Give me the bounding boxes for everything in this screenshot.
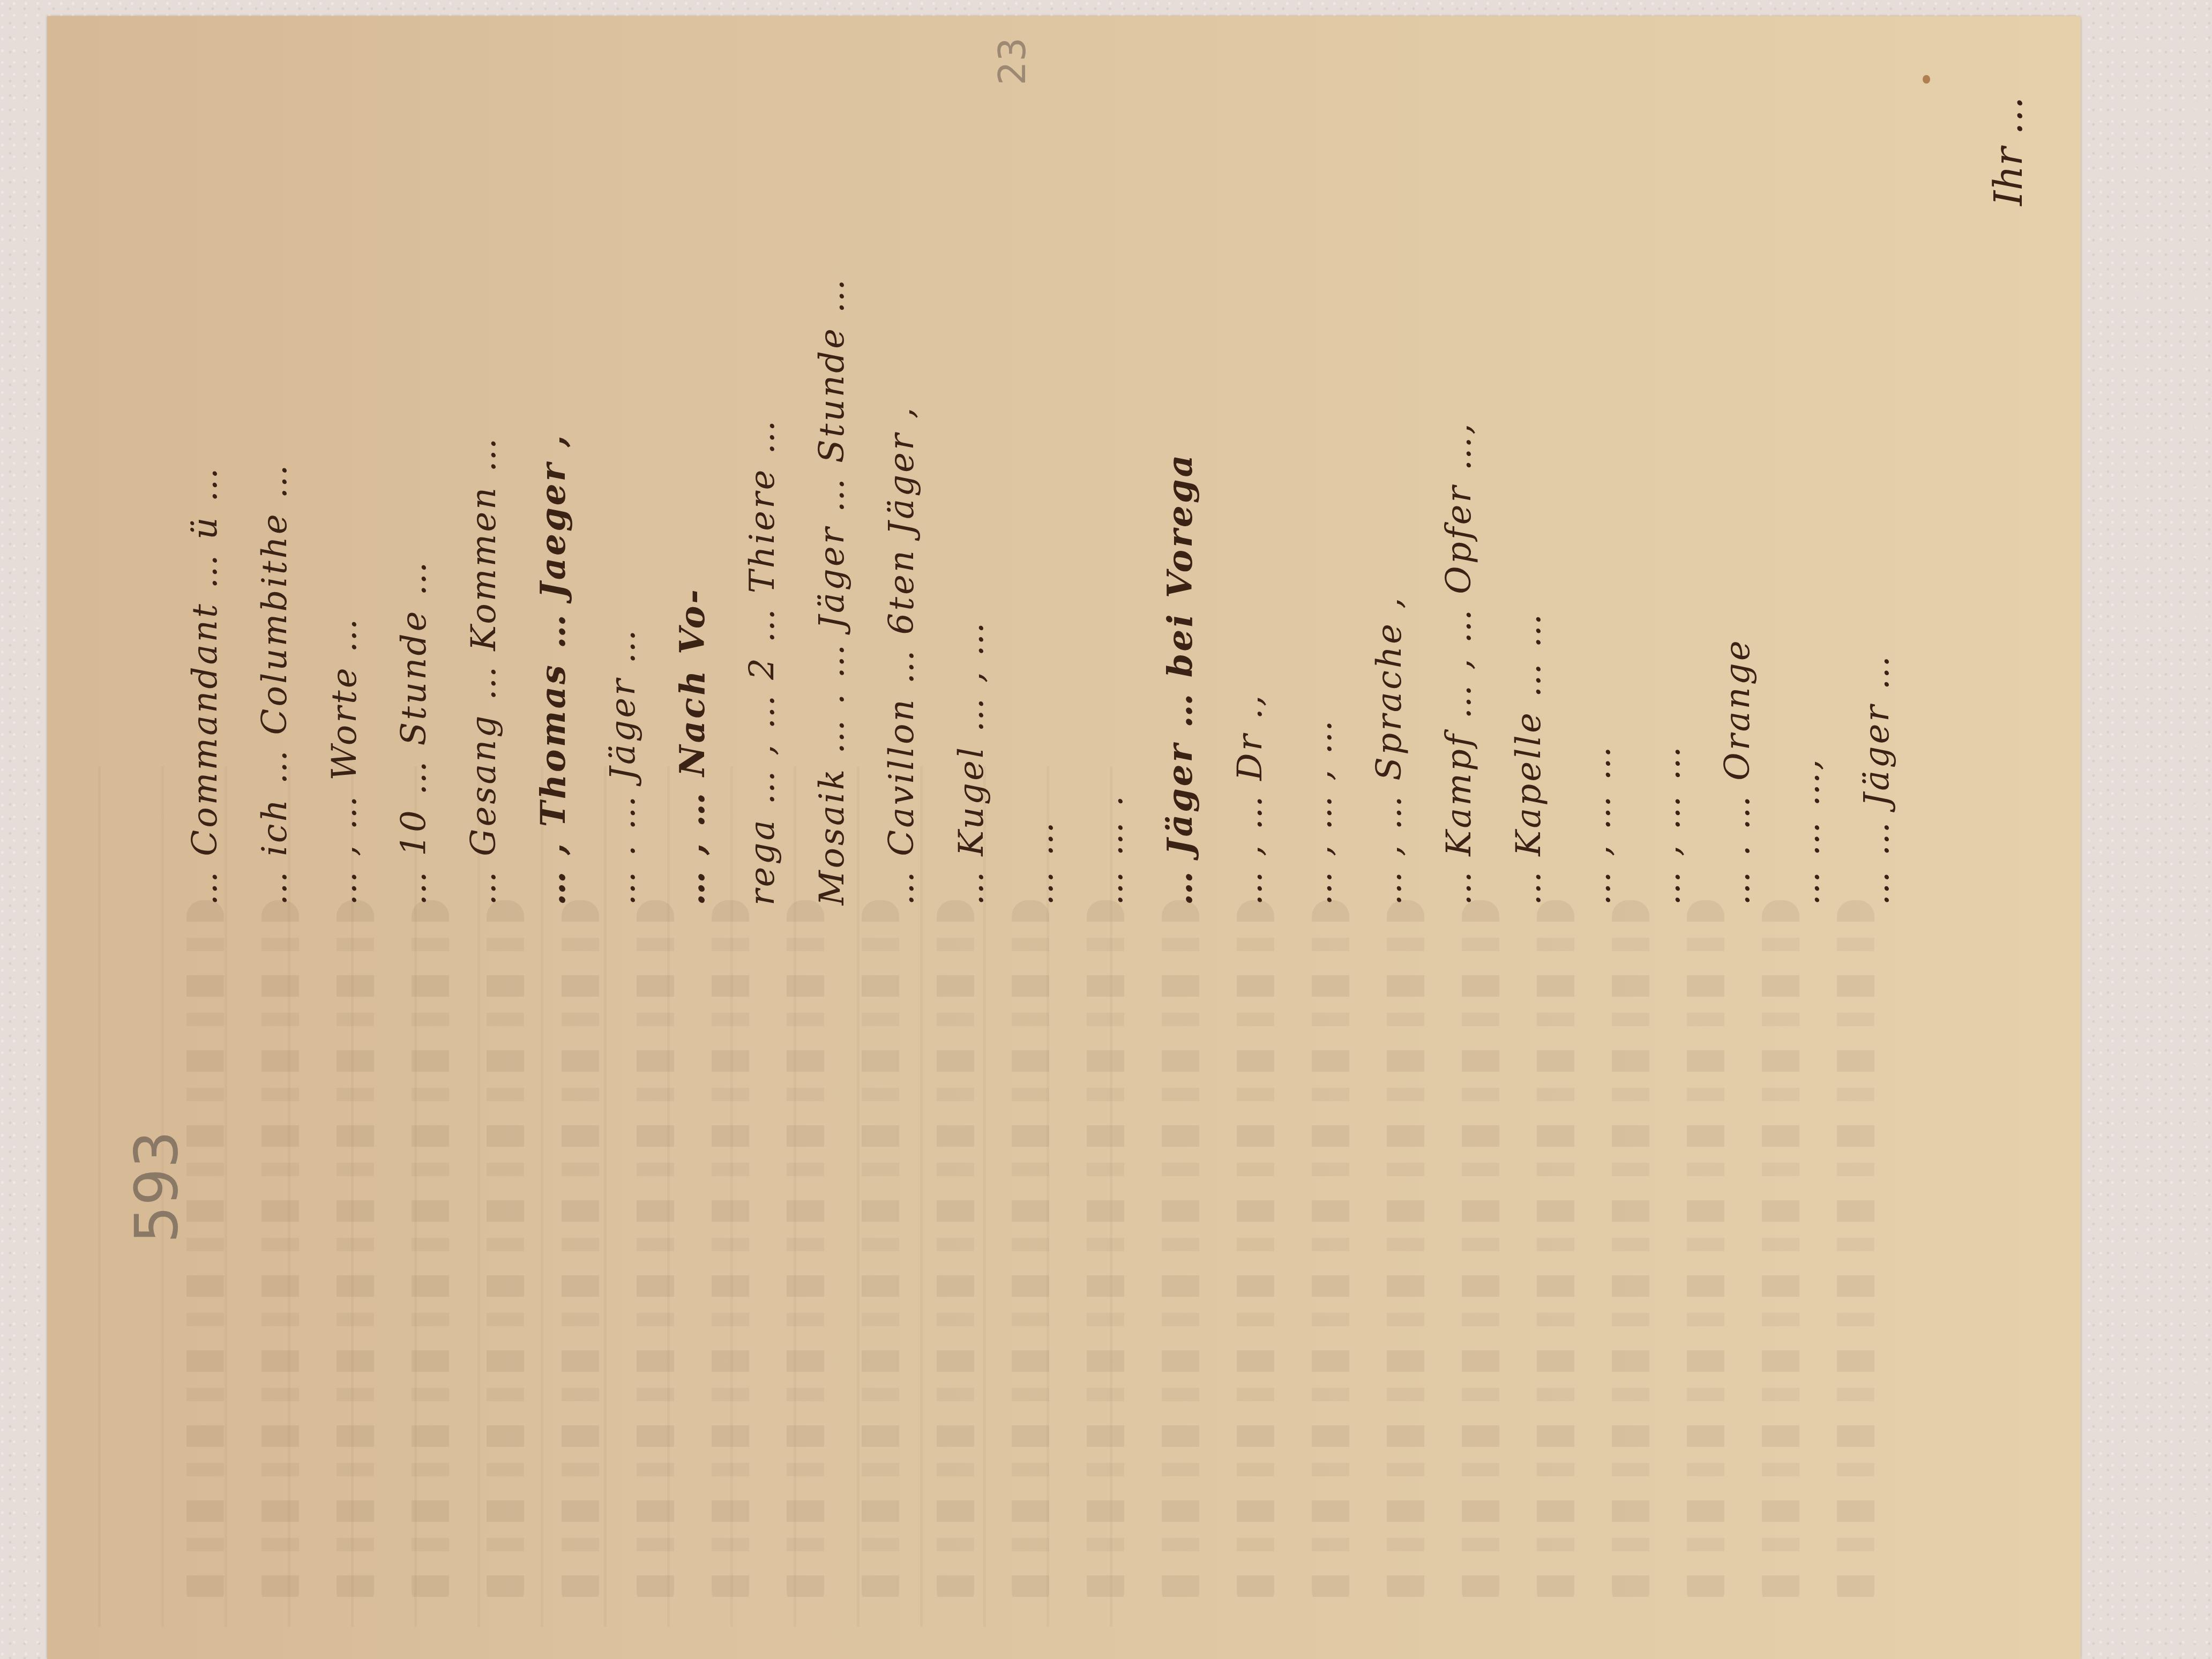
bleed-through-text bbox=[186, 900, 1955, 1608]
text-line: … , … Sprache , bbox=[1360, 48, 1419, 906]
text-line: … Kampf … , … Opfer …, bbox=[1430, 48, 1489, 906]
text-line: … , … Worte … bbox=[315, 48, 374, 906]
text-line: … , … , … bbox=[1290, 48, 1349, 906]
text-line: … , … … bbox=[1569, 48, 1628, 906]
text-line: … Jäger … bei Vorega bbox=[1151, 48, 1210, 906]
text-line: … , … Nach Vo- bbox=[663, 48, 722, 906]
handwritten-text-block: … Commandant … ü … … ich … Columbithe … … bbox=[176, 48, 1966, 906]
text-line: … ich … Columbithe … bbox=[245, 48, 304, 906]
text-line: … , Thomas … Jaeger , bbox=[524, 48, 583, 906]
letter-page: 23 593 … Commandant … ü … … ich … Columb… bbox=[47, 16, 2081, 1659]
text-line: … Gesang … Kommen … bbox=[454, 48, 513, 906]
text-line: … . … Jäger … bbox=[594, 48, 653, 906]
text-line: … … Jäger … bbox=[1848, 48, 1907, 906]
text-line: … 10 … Stunde … bbox=[385, 48, 444, 906]
text-line: … Kapelle … … bbox=[1499, 48, 1558, 906]
text-line: … Commandant … ü … bbox=[176, 48, 235, 906]
text-line: … Cavillon … 6ten Jäger , bbox=[872, 48, 931, 906]
text-line: rega … , … 2 … Thiere … bbox=[733, 48, 792, 906]
text-line: … … bbox=[1012, 48, 1071, 906]
text-line: … , … Dr ., bbox=[1221, 48, 1280, 906]
text-line: … … …, bbox=[1778, 48, 1837, 906]
text-line: … , … … bbox=[1639, 48, 1698, 906]
text-line: Mosaik … . … Jäger … Stunde … bbox=[803, 48, 862, 906]
closing-salutation: Ihr … bbox=[1979, 96, 2038, 236]
text-line: … . … Orange bbox=[1708, 48, 1767, 906]
text-line: … … . bbox=[1081, 48, 1140, 906]
text-line: … Kugel … , … bbox=[942, 48, 1001, 906]
archive-number-pencil: 593 bbox=[122, 1131, 191, 1243]
